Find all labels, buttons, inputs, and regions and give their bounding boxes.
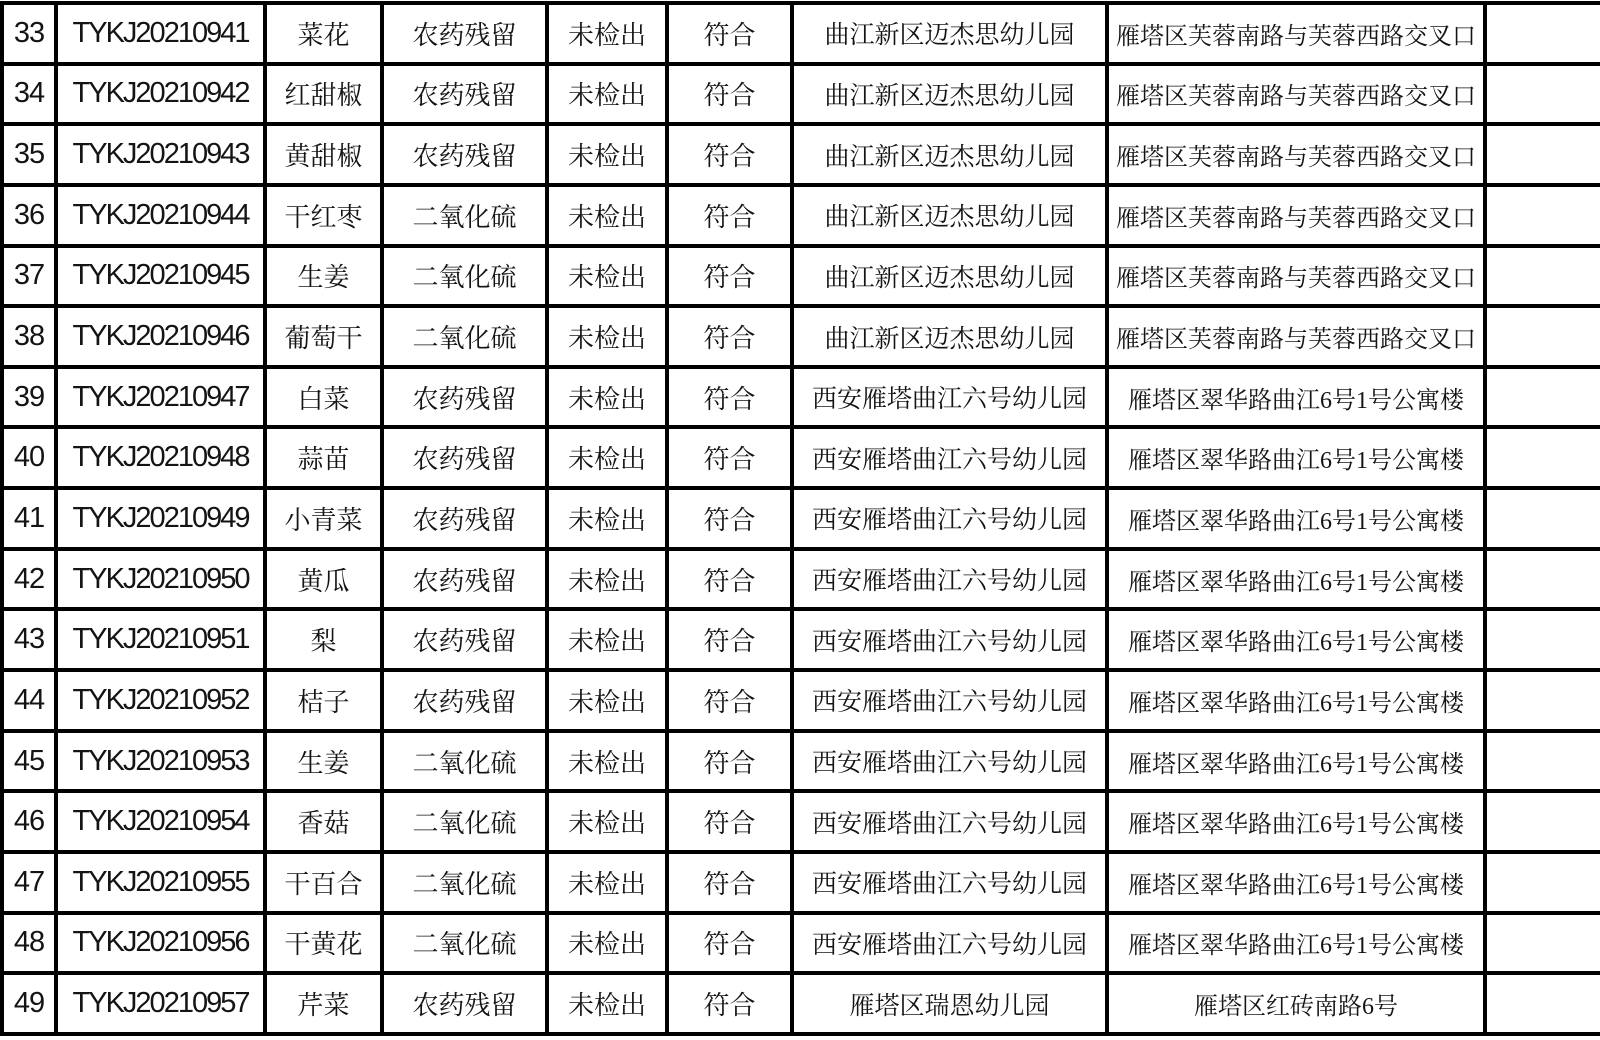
- cell-unit-address: 雁塔区翠华路曲江6号1号公寓楼: [1109, 854, 1487, 915]
- cell-sample-name: 白菜: [267, 369, 384, 430]
- cell-sample-name: 干黄花: [267, 915, 384, 976]
- cell-test-item: 农药残留: [384, 429, 549, 490]
- cell-sample-id: TYKJ20210948: [58, 429, 267, 490]
- cell-sample-name: 干红枣: [267, 187, 384, 248]
- cell-sampled-unit: 曲江新区迈杰思幼儿园: [794, 66, 1109, 127]
- cell-sample-id: TYKJ20210946: [58, 308, 267, 369]
- cell-result: 未检出: [549, 369, 669, 430]
- cell-sample-id: TYKJ20210943: [58, 126, 267, 187]
- cell-sample-name: 黄甜椒: [267, 126, 384, 187]
- cell-test-item: 农药残留: [384, 672, 549, 733]
- cell-result: 未检出: [549, 611, 669, 672]
- table-row: 34TYKJ20210942红甜椒农药残留未检出符合曲江新区迈杰思幼儿园雁塔区芙…: [4, 66, 1600, 127]
- table-row: 48TYKJ20210956干黄花二氧化硫未检出符合西安雁塔曲江六号幼儿园雁塔区…: [4, 915, 1600, 976]
- cell-unit-address: 雁塔区翠华路曲江6号1号公寓楼: [1109, 551, 1487, 612]
- cell-remark: [1487, 611, 1600, 672]
- cell-row-no: 48: [4, 915, 58, 976]
- cell-sampled-unit: 曲江新区迈杰思幼儿园: [794, 187, 1109, 248]
- cell-remark: [1487, 308, 1600, 369]
- cell-unit-address: 雁塔区芙蓉南路与芙蓉西路交叉口: [1109, 126, 1487, 187]
- table-row: 46TYKJ20210954香菇二氧化硫未检出符合西安雁塔曲江六号幼儿园雁塔区翠…: [4, 793, 1600, 854]
- table-row: 45TYKJ20210953生姜二氧化硫未检出符合西安雁塔曲江六号幼儿园雁塔区翠…: [4, 733, 1600, 794]
- cell-row-no: 47: [4, 854, 58, 915]
- cell-row-no: 41: [4, 490, 58, 551]
- cell-sample-name: 小青菜: [267, 490, 384, 551]
- inspection-results-table: 33TYKJ20210941菜花农药残留未检出符合曲江新区迈杰思幼儿园雁塔区芙蓉…: [0, 1, 1600, 1036]
- cell-sample-id: TYKJ20210949: [58, 490, 267, 551]
- cell-remark: [1487, 126, 1600, 187]
- cell-unit-address: 雁塔区芙蓉南路与芙蓉西路交叉口: [1109, 187, 1487, 248]
- cell-conclusion: 符合: [669, 975, 794, 1036]
- cell-remark: [1487, 66, 1600, 127]
- cell-result: 未检出: [549, 429, 669, 490]
- cell-sample-id: TYKJ20210955: [58, 854, 267, 915]
- cell-conclusion: 符合: [669, 248, 794, 309]
- cell-remark: [1487, 248, 1600, 309]
- cell-result: 未检出: [549, 490, 669, 551]
- table-row: 41TYKJ20210949小青菜农药残留未检出符合西安雁塔曲江六号幼儿园雁塔区…: [4, 490, 1600, 551]
- cell-conclusion: 符合: [669, 187, 794, 248]
- cell-result: 未检出: [549, 551, 669, 612]
- cell-test-item: 二氧化硫: [384, 187, 549, 248]
- cell-remark: [1487, 854, 1600, 915]
- cell-remark: [1487, 5, 1600, 66]
- table-row: 42TYKJ20210950黄瓜农药残留未检出符合西安雁塔曲江六号幼儿园雁塔区翠…: [4, 551, 1600, 612]
- table-row: 40TYKJ20210948蒜苗农药残留未检出符合西安雁塔曲江六号幼儿园雁塔区翠…: [4, 429, 1600, 490]
- cell-row-no: 45: [4, 733, 58, 794]
- cell-test-item: 农药残留: [384, 611, 549, 672]
- cell-test-item: 农药残留: [384, 126, 549, 187]
- cell-row-no: 40: [4, 429, 58, 490]
- cell-conclusion: 符合: [669, 611, 794, 672]
- cell-sampled-unit: 西安雁塔曲江六号幼儿园: [794, 915, 1109, 976]
- cell-test-item: 二氧化硫: [384, 793, 549, 854]
- cell-test-item: 二氧化硫: [384, 915, 549, 976]
- cell-sample-name: 梨: [267, 611, 384, 672]
- table-row: 49TYKJ20210957芹菜农药残留未检出符合雁塔区瑞恩幼儿园雁塔区红砖南路…: [4, 975, 1600, 1036]
- cell-sample-name: 菜花: [267, 5, 384, 66]
- cell-unit-address: 雁塔区翠华路曲江6号1号公寓楼: [1109, 733, 1487, 794]
- cell-unit-address: 雁塔区翠华路曲江6号1号公寓楼: [1109, 611, 1487, 672]
- cell-row-no: 42: [4, 551, 58, 612]
- cell-remark: [1487, 672, 1600, 733]
- cell-result: 未检出: [549, 793, 669, 854]
- cell-sample-id: TYKJ20210957: [58, 975, 267, 1036]
- table-body: 33TYKJ20210941菜花农药残留未检出符合曲江新区迈杰思幼儿园雁塔区芙蓉…: [4, 5, 1600, 1036]
- cell-row-no: 44: [4, 672, 58, 733]
- cell-test-item: 农药残留: [384, 551, 549, 612]
- cell-result: 未检出: [549, 975, 669, 1036]
- cell-sample-id: TYKJ20210953: [58, 733, 267, 794]
- cell-test-item: 二氧化硫: [384, 854, 549, 915]
- cell-conclusion: 符合: [669, 308, 794, 369]
- cell-unit-address: 雁塔区芙蓉南路与芙蓉西路交叉口: [1109, 5, 1487, 66]
- cell-row-no: 33: [4, 5, 58, 66]
- table-row: 38TYKJ20210946葡萄干二氧化硫未检出符合曲江新区迈杰思幼儿园雁塔区芙…: [4, 308, 1600, 369]
- cell-remark: [1487, 187, 1600, 248]
- cell-result: 未检出: [549, 66, 669, 127]
- cell-sample-id: TYKJ20210950: [58, 551, 267, 612]
- cell-sampled-unit: 西安雁塔曲江六号幼儿园: [794, 490, 1109, 551]
- cell-result: 未检出: [549, 915, 669, 976]
- cell-test-item: 农药残留: [384, 5, 549, 66]
- cell-sampled-unit: 西安雁塔曲江六号幼儿园: [794, 672, 1109, 733]
- cell-remark: [1487, 915, 1600, 976]
- cell-unit-address: 雁塔区翠华路曲江6号1号公寓楼: [1109, 490, 1487, 551]
- cell-test-item: 农药残留: [384, 66, 549, 127]
- cell-sample-id: TYKJ20210947: [58, 369, 267, 430]
- table-row: 35TYKJ20210943黄甜椒农药残留未检出符合曲江新区迈杰思幼儿园雁塔区芙…: [4, 126, 1600, 187]
- cell-result: 未检出: [549, 248, 669, 309]
- cell-conclusion: 符合: [669, 854, 794, 915]
- cell-test-item: 农药残留: [384, 369, 549, 430]
- table-row: 33TYKJ20210941菜花农药残留未检出符合曲江新区迈杰思幼儿园雁塔区芙蓉…: [4, 5, 1600, 66]
- table-row: 44TYKJ20210952桔子农药残留未检出符合西安雁塔曲江六号幼儿园雁塔区翠…: [4, 672, 1600, 733]
- cell-sampled-unit: 曲江新区迈杰思幼儿园: [794, 5, 1109, 66]
- cell-test-item: 二氧化硫: [384, 308, 549, 369]
- cell-row-no: 35: [4, 126, 58, 187]
- cell-row-no: 38: [4, 308, 58, 369]
- cell-sampled-unit: 西安雁塔曲江六号幼儿园: [794, 369, 1109, 430]
- cell-sample-id: TYKJ20210942: [58, 66, 267, 127]
- cell-unit-address: 雁塔区翠华路曲江6号1号公寓楼: [1109, 429, 1487, 490]
- cell-test-item: 二氧化硫: [384, 248, 549, 309]
- cell-sample-id: TYKJ20210954: [58, 793, 267, 854]
- cell-conclusion: 符合: [669, 369, 794, 430]
- cell-row-no: 43: [4, 611, 58, 672]
- cell-sample-id: TYKJ20210945: [58, 248, 267, 309]
- cell-conclusion: 符合: [669, 793, 794, 854]
- cell-conclusion: 符合: [669, 66, 794, 127]
- cell-sampled-unit: 曲江新区迈杰思幼儿园: [794, 126, 1109, 187]
- cell-sampled-unit: 雁塔区瑞恩幼儿园: [794, 975, 1109, 1036]
- cell-conclusion: 符合: [669, 5, 794, 66]
- cell-conclusion: 符合: [669, 429, 794, 490]
- table-row: 37TYKJ20210945生姜二氧化硫未检出符合曲江新区迈杰思幼儿园雁塔区芙蓉…: [4, 248, 1600, 309]
- cell-sample-name: 桔子: [267, 672, 384, 733]
- cell-conclusion: 符合: [669, 126, 794, 187]
- cell-sampled-unit: 西安雁塔曲江六号幼儿园: [794, 854, 1109, 915]
- cell-unit-address: 雁塔区芙蓉南路与芙蓉西路交叉口: [1109, 66, 1487, 127]
- cell-unit-address: 雁塔区翠华路曲江6号1号公寓楼: [1109, 915, 1487, 976]
- cell-result: 未检出: [549, 733, 669, 794]
- cell-unit-address: 雁塔区芙蓉南路与芙蓉西路交叉口: [1109, 308, 1487, 369]
- cell-result: 未检出: [549, 308, 669, 369]
- cell-sample-name: 黄瓜: [267, 551, 384, 612]
- cell-conclusion: 符合: [669, 672, 794, 733]
- cell-remark: [1487, 793, 1600, 854]
- cell-sampled-unit: 西安雁塔曲江六号幼儿园: [794, 429, 1109, 490]
- cell-sample-id: TYKJ20210944: [58, 187, 267, 248]
- cell-sample-id: TYKJ20210951: [58, 611, 267, 672]
- cell-sample-name: 红甜椒: [267, 66, 384, 127]
- cell-row-no: 36: [4, 187, 58, 248]
- cell-sample-name: 芹菜: [267, 975, 384, 1036]
- cell-sample-name: 生姜: [267, 248, 384, 309]
- document-page: { "colors": { "border": "#000000", "back…: [0, 0, 1600, 1040]
- cell-unit-address: 雁塔区翠华路曲江6号1号公寓楼: [1109, 793, 1487, 854]
- cell-result: 未检出: [549, 5, 669, 66]
- cell-unit-address: 雁塔区翠华路曲江6号1号公寓楼: [1109, 369, 1487, 430]
- cell-sample-name: 香菇: [267, 793, 384, 854]
- cell-sample-name: 生姜: [267, 733, 384, 794]
- cell-row-no: 34: [4, 66, 58, 127]
- table-row: 39TYKJ20210947白菜农药残留未检出符合西安雁塔曲江六号幼儿园雁塔区翠…: [4, 369, 1600, 430]
- cell-sample-id: TYKJ20210941: [58, 5, 267, 66]
- cell-sampled-unit: 西安雁塔曲江六号幼儿园: [794, 793, 1109, 854]
- cell-sampled-unit: 曲江新区迈杰思幼儿园: [794, 248, 1109, 309]
- cell-remark: [1487, 975, 1600, 1036]
- cell-sample-name: 蒜苗: [267, 429, 384, 490]
- table-row: 43TYKJ20210951梨农药残留未检出符合西安雁塔曲江六号幼儿园雁塔区翠华…: [4, 611, 1600, 672]
- cell-conclusion: 符合: [669, 915, 794, 976]
- cell-remark: [1487, 551, 1600, 612]
- cell-sample-id: TYKJ20210956: [58, 915, 267, 976]
- cell-remark: [1487, 369, 1600, 430]
- cell-conclusion: 符合: [669, 733, 794, 794]
- cell-remark: [1487, 429, 1600, 490]
- cell-sampled-unit: 曲江新区迈杰思幼儿园: [794, 308, 1109, 369]
- cell-conclusion: 符合: [669, 490, 794, 551]
- table-row: 47TYKJ20210955干百合二氧化硫未检出符合西安雁塔曲江六号幼儿园雁塔区…: [4, 854, 1600, 915]
- cell-sample-name: 干百合: [267, 854, 384, 915]
- cell-result: 未检出: [549, 854, 669, 915]
- cell-test-item: 农药残留: [384, 490, 549, 551]
- cell-sample-id: TYKJ20210952: [58, 672, 267, 733]
- cell-result: 未检出: [549, 126, 669, 187]
- cell-unit-address: 雁塔区芙蓉南路与芙蓉西路交叉口: [1109, 248, 1487, 309]
- cell-test-item: 二氧化硫: [384, 733, 549, 794]
- cell-result: 未检出: [549, 187, 669, 248]
- cell-sampled-unit: 西安雁塔曲江六号幼儿园: [794, 733, 1109, 794]
- cell-row-no: 37: [4, 248, 58, 309]
- cell-remark: [1487, 733, 1600, 794]
- cell-result: 未检出: [549, 672, 669, 733]
- cell-row-no: 49: [4, 975, 58, 1036]
- cell-row-no: 39: [4, 369, 58, 430]
- cell-unit-address: 雁塔区翠华路曲江6号1号公寓楼: [1109, 672, 1487, 733]
- cell-sampled-unit: 西安雁塔曲江六号幼儿园: [794, 551, 1109, 612]
- cell-test-item: 农药残留: [384, 975, 549, 1036]
- cell-unit-address: 雁塔区红砖南路6号: [1109, 975, 1487, 1036]
- cell-conclusion: 符合: [669, 551, 794, 612]
- cell-remark: [1487, 490, 1600, 551]
- cell-sample-name: 葡萄干: [267, 308, 384, 369]
- table-row: 36TYKJ20210944干红枣二氧化硫未检出符合曲江新区迈杰思幼儿园雁塔区芙…: [4, 187, 1600, 248]
- cell-row-no: 46: [4, 793, 58, 854]
- cell-sampled-unit: 西安雁塔曲江六号幼儿园: [794, 611, 1109, 672]
